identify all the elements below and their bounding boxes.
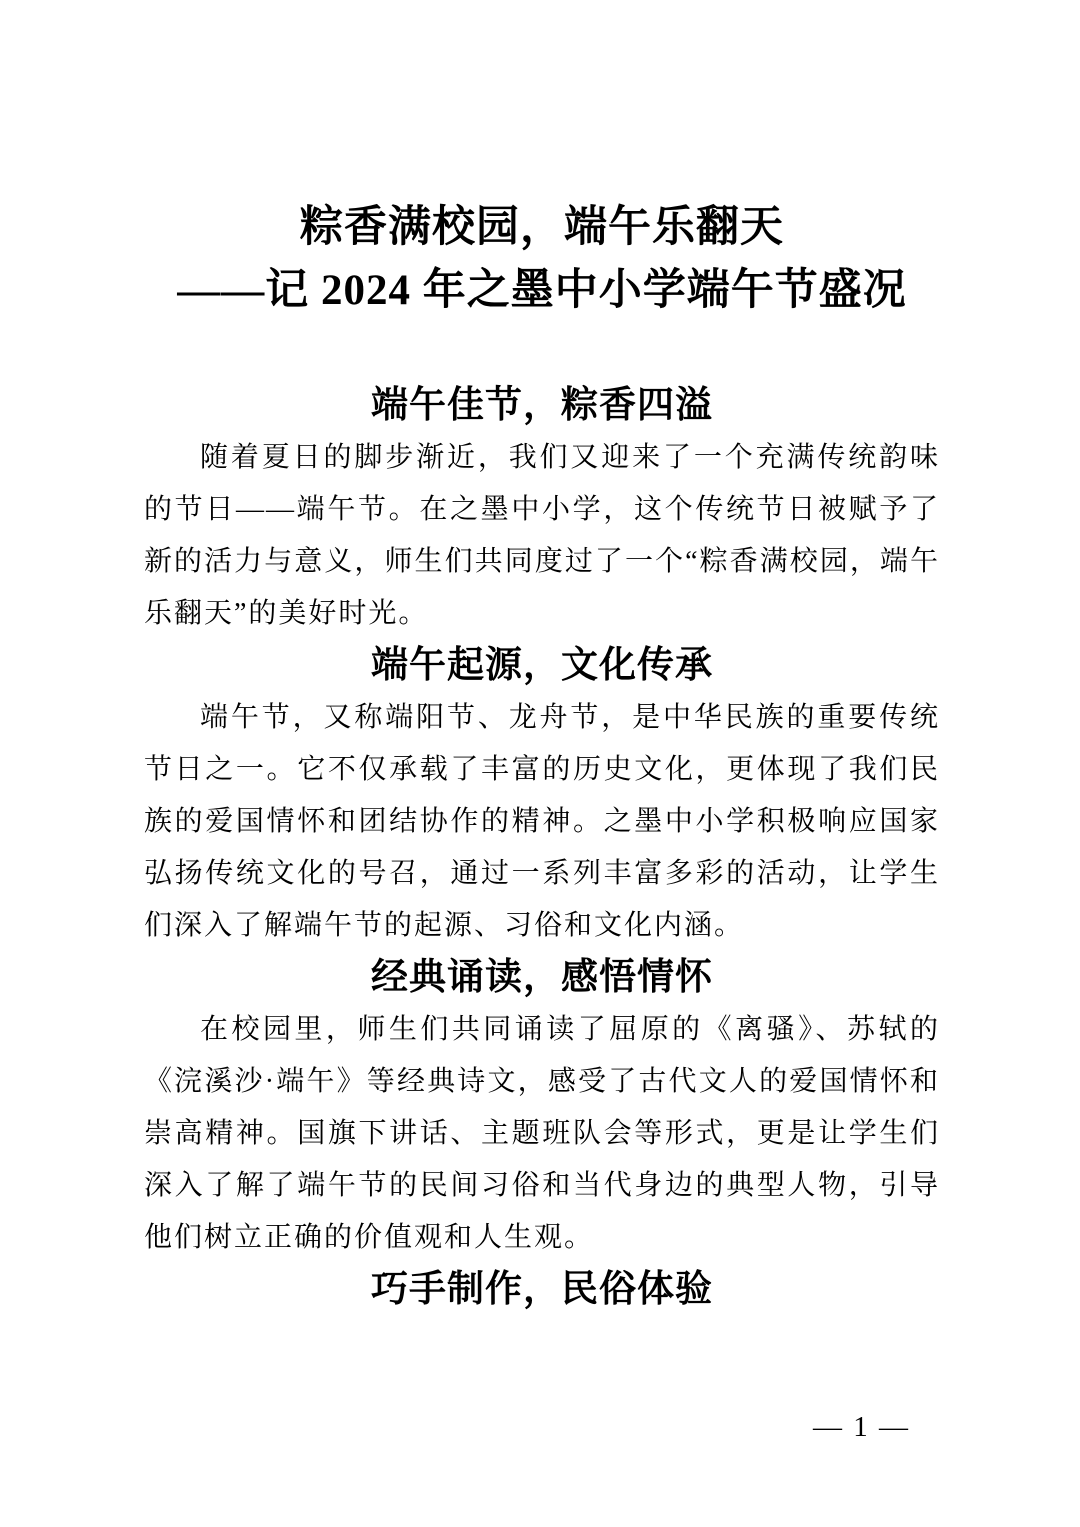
- section-heading-jingdian-songdu: 经典诵读，感悟情怀: [144, 952, 940, 1004]
- section-heading-qiaoshou-zhizuo: 巧手制作，民俗体验: [144, 1264, 940, 1316]
- doc-title-line-1: 粽香满校园，端午乐翻天: [144, 196, 940, 259]
- section-heading-duanwu-qiyuan: 端午起源，文化传承: [144, 640, 940, 692]
- paragraph-duanwu-jiajie: 随着夏日的脚步渐近，我们又迎来了一个充满传统韵味的节日——端午节。在之墨中小学，…: [144, 432, 940, 640]
- paragraph-duanwu-qiyuan: 端午节，又称端阳节、龙舟节，是中华民族的重要传统节日之一。它不仅承载了丰富的历史…: [144, 692, 940, 952]
- section-heading-duanwu-jiajie: 端午佳节，粽香四溢: [144, 380, 940, 432]
- page-number: — 1 —: [813, 1413, 910, 1442]
- doc-title-line-2: ——记 2024 年之墨中小学端午节盛况: [144, 259, 940, 322]
- paragraph-jingdian-songdu: 在校园里，师生们共同诵读了屈原的《离骚》、苏轼的《浣溪沙·端午》等经典诗文，感受…: [144, 1004, 940, 1264]
- document-page: 粽香满校园，端午乐翻天 ——记 2024 年之墨中小学端午节盛况 端午佳节，粽香…: [0, 0, 1080, 1527]
